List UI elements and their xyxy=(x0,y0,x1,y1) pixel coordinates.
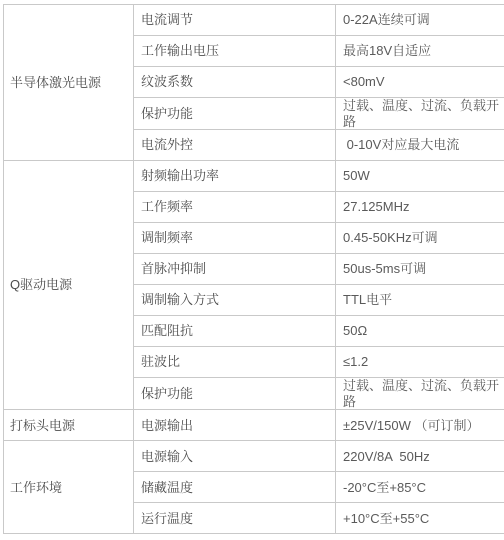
parameter-cell: 电流外控 xyxy=(134,130,336,161)
parameter-cell: 调制频率 xyxy=(134,223,336,254)
value-cell: 50us-5ms可调 xyxy=(336,254,504,285)
parameter-cell: 保护功能 xyxy=(134,98,336,130)
value-cell: 0-10V对应最大电流 xyxy=(336,130,504,161)
parameter-cell: 工作频率 xyxy=(134,192,336,223)
table-row: 工作环境电源输入220V/8A 50Hz xyxy=(4,441,504,472)
value-cell: ≤1.2 xyxy=(336,347,504,378)
category-cell: 打标头电源 xyxy=(4,410,134,441)
category-cell: Q驱动电源 xyxy=(4,161,134,410)
value-cell: +10°C至+55°C xyxy=(336,503,504,534)
parameter-cell: 电流调节 xyxy=(134,5,336,36)
parameter-cell: 驻波比 xyxy=(134,347,336,378)
parameter-cell: 运行温度 xyxy=(134,503,336,534)
parameter-cell: 调制输入方式 xyxy=(134,285,336,316)
value-cell: 过载、温度、过流、负载开路 xyxy=(336,378,504,410)
parameter-cell: 首脉冲抑制 xyxy=(134,254,336,285)
parameter-cell: 电源输出 xyxy=(134,410,336,441)
value-cell: 27.125MHz xyxy=(336,192,504,223)
spec-table: 半导体激光电源电流调节0-22A连续可调工作输出电压最高18V自适应纹波系数<8… xyxy=(3,4,504,534)
value-cell: -20°C至+85°C xyxy=(336,472,504,503)
parameter-cell: 保护功能 xyxy=(134,378,336,410)
value-cell: TTL电平 xyxy=(336,285,504,316)
value-cell: 0-22A连续可调 xyxy=(336,5,504,36)
category-cell: 半导体激光电源 xyxy=(4,5,134,161)
parameter-cell: 电源输入 xyxy=(134,441,336,472)
value-cell: 50W xyxy=(336,161,504,192)
value-cell: 最高18V自适应 xyxy=(336,36,504,67)
value-cell: <80mV xyxy=(336,67,504,98)
value-cell: 50Ω xyxy=(336,316,504,347)
table-row: 打标头电源电源输出±25V/150W （可订制） xyxy=(4,410,504,441)
parameter-cell: 工作输出电压 xyxy=(134,36,336,67)
spec-table-body: 半导体激光电源电流调节0-22A连续可调工作输出电压最高18V自适应纹波系数<8… xyxy=(4,5,504,534)
table-row: 半导体激光电源电流调节0-22A连续可调 xyxy=(4,5,504,36)
table-row: Q驱动电源射频输出功率50W xyxy=(4,161,504,192)
value-cell: ±25V/150W （可订制） xyxy=(336,410,504,441)
parameter-cell: 匹配阻抗 xyxy=(134,316,336,347)
parameter-cell: 纹波系数 xyxy=(134,67,336,98)
value-cell: 过载、温度、过流、负载开路 xyxy=(336,98,504,130)
parameter-cell: 射频输出功率 xyxy=(134,161,336,192)
category-cell: 工作环境 xyxy=(4,441,134,534)
value-cell: 220V/8A 50Hz xyxy=(336,441,504,472)
parameter-cell: 储藏温度 xyxy=(134,472,336,503)
value-cell: 0.45-50KHz可调 xyxy=(336,223,504,254)
spec-page: 半导体激光电源电流调节0-22A连续可调工作输出电压最高18V自适应纹波系数<8… xyxy=(0,0,504,540)
